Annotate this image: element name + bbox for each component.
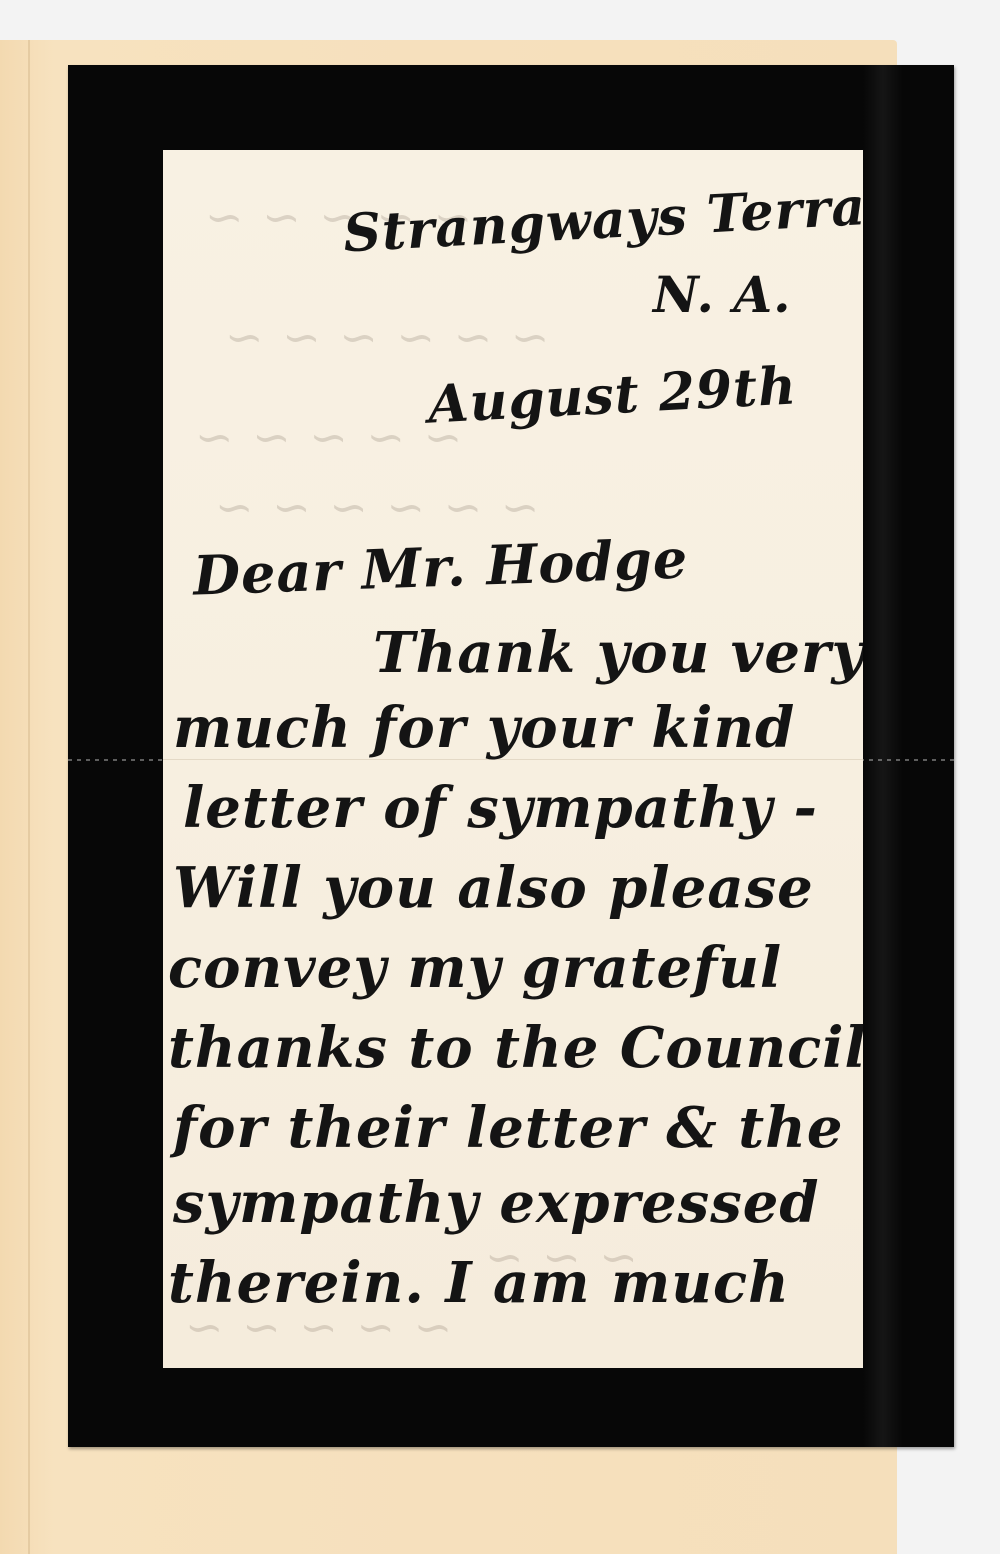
body-line: convey my grateful xyxy=(168,935,782,1001)
card-sheen xyxy=(863,65,903,1447)
body-line: letter of sympathy - xyxy=(183,775,818,841)
address-line-2: N. A. xyxy=(653,265,792,324)
backing-paper-crease xyxy=(28,40,30,1554)
body-line: Will you also please xyxy=(173,855,814,921)
mourning-border-card: ~ ~ ~ ~ ~ ~ ~ ~ ~ ~ ~ ~ ~ ~ ~ ~ ~ ~ ~ ~ … xyxy=(68,65,954,1447)
ink-bleed-through: ~ ~ ~ ~ ~ xyxy=(193,410,462,464)
body-line: sympathy expressed xyxy=(173,1170,820,1236)
letter-date: August 29th xyxy=(427,355,799,435)
letter-sheet: ~ ~ ~ ~ ~ ~ ~ ~ ~ ~ ~ ~ ~ ~ ~ ~ ~ ~ ~ ~ … xyxy=(163,150,863,1368)
body-line: therein. I am much xyxy=(168,1250,790,1316)
ink-bleed-through: ~ ~ ~ ~ ~ ~ xyxy=(223,310,549,364)
address-line-1: Strangways Terrace xyxy=(342,173,863,265)
body-line: much for your kind xyxy=(173,695,795,761)
ink-bleed-through: ~ ~ ~ ~ ~ ~ xyxy=(213,480,539,534)
salutation: Dear Mr. Hodge xyxy=(192,526,689,607)
body-line: Thank you very xyxy=(373,620,863,686)
body-line: thanks to the Council xyxy=(168,1015,863,1081)
body-line: for their letter & the xyxy=(173,1095,843,1161)
